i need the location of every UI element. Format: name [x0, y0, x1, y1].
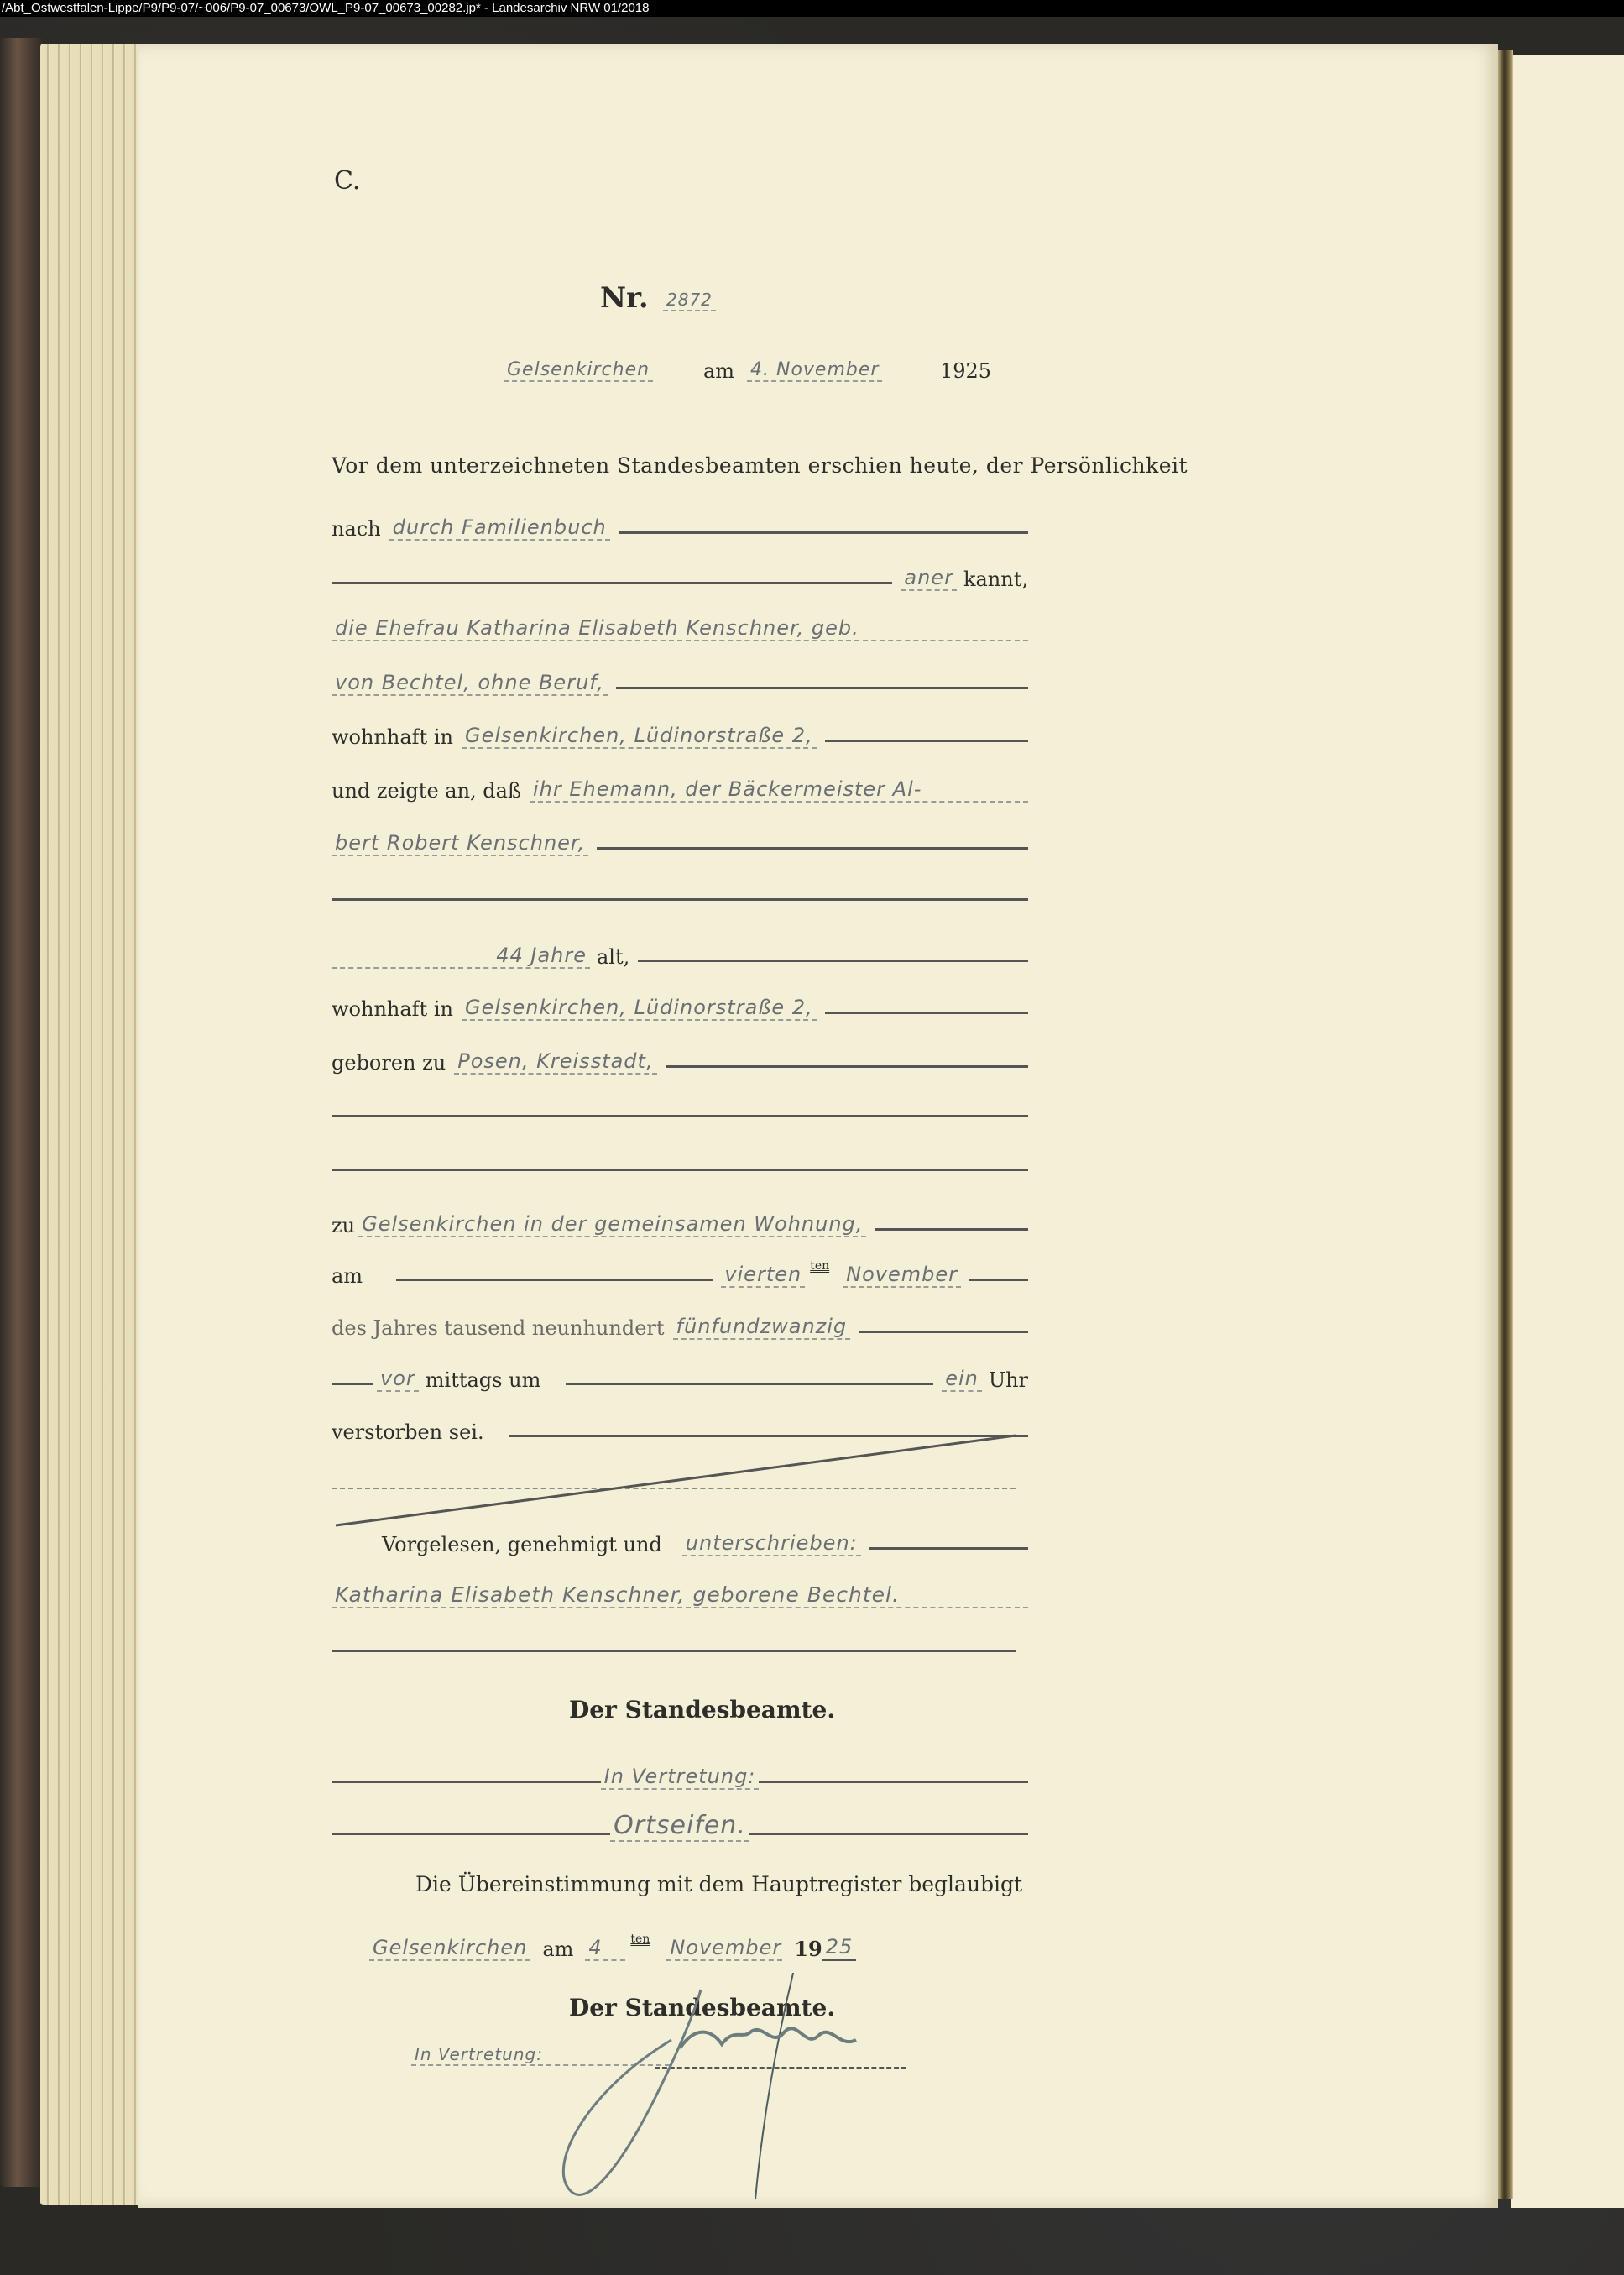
fill-line [332, 1781, 601, 1783]
wohnhaft2-label: wohnhaft in [332, 997, 453, 1021]
mittags-label: mittags um [426, 1368, 541, 1392]
place-value: Gelsenkirchen [504, 359, 653, 382]
ten-suffix: ten [810, 1259, 829, 1273]
facing-page [1511, 55, 1624, 2208]
fill-line [969, 1279, 1028, 1281]
row-deceased: bert Robert Kenschner, [332, 819, 1028, 856]
book-gutter [1498, 50, 1513, 2199]
cert-year-suffix: 25 [822, 1935, 857, 1961]
blank-line [332, 1169, 1028, 1171]
am-label: am [703, 359, 734, 383]
zu-value: Gelsenkirchen in der gemeinsamen Wohnung… [358, 1212, 866, 1237]
fill-line [749, 1833, 1028, 1835]
fill-line [875, 1228, 1028, 1231]
wohnhaft2-value: Gelsenkirchen, Lüdinorstraße 2, [462, 996, 817, 1021]
fill-line [825, 1012, 1028, 1014]
fill-line [759, 1781, 1028, 1783]
informant-line-2: von Bechtel, ohne Beruf, [332, 671, 608, 696]
cert-month: November [666, 1936, 782, 1961]
number-value: 2872 [663, 290, 716, 311]
fill-line [619, 531, 1028, 534]
deceased-name: bert Robert Kenschner, [332, 831, 588, 856]
row-bekannt: aner kannt, [332, 554, 1028, 591]
cert-day: 4 [585, 1936, 625, 1961]
row-am: am vierten ten November [332, 1251, 1028, 1288]
age-value: 44 Jahre [332, 944, 590, 969]
am-label: am [332, 1264, 363, 1288]
row-age: 44 Jahre alt, [332, 932, 1028, 969]
cert-place: Gelsenkirchen [369, 1936, 530, 1961]
fill-line [332, 1383, 373, 1385]
nach-value: durch Familienbuch [389, 515, 610, 541]
row-vertretung-1: In Vertretung: [332, 1753, 1028, 1790]
vorgelesen-value: unterschrieben: [682, 1531, 861, 1556]
uhr-value: ein [942, 1367, 982, 1392]
jahres-label: des Jahres tausend neunhundert [332, 1316, 665, 1340]
official-signature: Ortseifen [554, 1973, 1007, 2225]
row-zu: zu Gelsenkirchen in der gemeinsamen Wohn… [332, 1200, 1028, 1237]
fill-line [859, 1331, 1028, 1333]
zeigte-label: und zeigte an, daß [332, 779, 521, 803]
blank-line [332, 1650, 1016, 1652]
wohnhaft-label: wohnhaft in [332, 725, 453, 749]
register-page: C. Nr. 2872 Gelsenkirchen am 4. November… [138, 44, 1498, 2208]
geboren-value: Posen, Kreisstadt, [454, 1049, 656, 1075]
fill-line [332, 1833, 610, 1835]
row-jahres: des Jahres tausend neunhundert fünfundzw… [332, 1303, 1028, 1340]
bekannt-label: kannt, [963, 567, 1028, 591]
row-geboren: geboren zu Posen, Kreisstadt, [332, 1038, 1028, 1075]
year-value: 1925 [940, 359, 991, 383]
blank-line [332, 898, 1028, 901]
informant-signature: Katharina Elisabeth Kenschner, geborene … [332, 1582, 1028, 1608]
zeigte-value: ihr Ehemann, der Bäckermeister Al- [530, 777, 1028, 803]
row-signature-informant: Katharina Elisabeth Kenschner, geborene … [332, 1572, 1028, 1608]
geboren-label: geboren zu [332, 1051, 446, 1075]
fill-line [638, 960, 1028, 962]
number-label: Nr. [600, 281, 649, 315]
standesbeamte-heading-1: Der Standesbeamte. [569, 1696, 835, 1723]
fill-line [396, 1279, 713, 1281]
fill-line [616, 687, 1028, 689]
row-mittags: vor mittags um ein Uhr [332, 1355, 1028, 1392]
vertretung-1: In Vertretung: [601, 1765, 760, 1790]
cert-year-prefix: 19 [794, 1937, 822, 1961]
fill-line [332, 582, 892, 584]
row-nach: nach durch Familienbuch [332, 504, 1028, 541]
row-vorgelesen: Vorgelesen, genehmigt und unterschrieben… [332, 1519, 1028, 1556]
nach-label: nach [332, 517, 381, 541]
death-register-entry: C. Nr. 2872 Gelsenkirchen am 4. November… [0, 0, 1360, 2164]
uhr-label: Uhr [989, 1368, 1028, 1392]
row-informant-1: die Ehefrau Katharina Elisabeth Kenschne… [332, 604, 1028, 641]
row-official-name: Ortseifen. [332, 1805, 1028, 1842]
jahres-value: fünfundzwanzig [673, 1315, 851, 1340]
vorgelesen-label: Vorgelesen, genehmigt und [382, 1533, 662, 1556]
wohnhaft-value: Gelsenkirchen, Lüdinorstraße 2, [462, 724, 817, 749]
month-value: November [843, 1263, 961, 1288]
fill-line [566, 1383, 933, 1385]
fill-line [869, 1547, 1028, 1550]
fill-line [666, 1065, 1028, 1068]
day-value: vierten [721, 1263, 805, 1288]
corner-mark: C. [334, 166, 360, 196]
certification-text: Die Übereinstimmung mit dem Hauptregiste… [415, 1872, 1022, 1896]
intro-line: Vor dem unterzeichneten Standesbeamten e… [332, 453, 1188, 478]
row-zeigte: und zeigte an, daß ihr Ehemann, der Bäck… [332, 766, 1028, 803]
row-informant-2: von Bechtel, ohne Beruf, [332, 659, 1028, 696]
cancel-stroke [332, 1431, 1020, 1532]
signature-text: Ortseifen [680, 2051, 684, 2053]
zu-label: zu [332, 1214, 355, 1237]
fill-line [597, 847, 1028, 850]
row-certification-date: Gelsenkirchen am 4 ten November 19 25 [369, 1924, 990, 1961]
row-wohnhaft: wohnhaft in Gelsenkirchen, Lüdinorstraße… [332, 712, 1028, 749]
blank-line [332, 1115, 1028, 1117]
bekannt-value: aner [901, 566, 957, 591]
mittags-value: vor [377, 1367, 419, 1392]
official-name: Ortseifen. [610, 1811, 749, 1842]
age-label: alt, [597, 945, 629, 969]
cert-ten-suffix: ten [630, 1932, 650, 1946]
fill-line [825, 740, 1028, 742]
informant-line-1: die Ehefrau Katharina Elisabeth Kenschne… [332, 616, 1028, 641]
row-wohnhaft-2: wohnhaft in Gelsenkirchen, Lüdinorstraße… [332, 984, 1028, 1021]
date-value: 4. November [747, 359, 882, 382]
cert-am-label: am [542, 1938, 573, 1961]
